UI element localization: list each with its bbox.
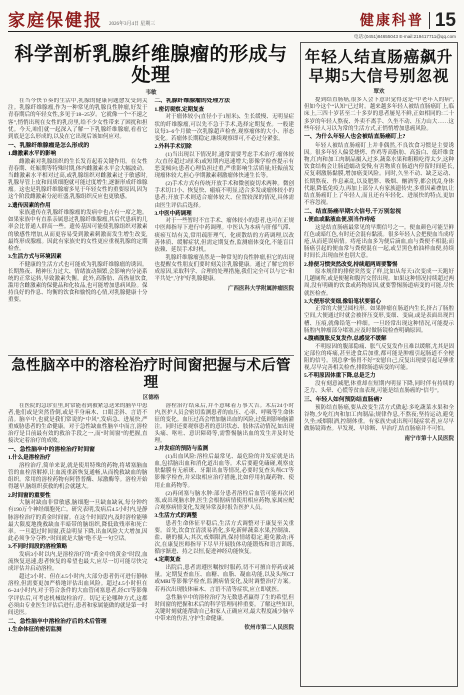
article-section-heading: 二、急性脑卒中溶栓治疗后的术后管理 — [8, 619, 148, 627]
article-section-heading: 一、乳腺纤维腺瘤是怎么形成的 — [8, 143, 148, 151]
article-byline: 区德格 — [8, 393, 294, 401]
article-paragraph: 对于瘤体较小(直径小于1厘米)、生长缓慢、无明显症状的纤维腺瘤,可以先不急于手术… — [155, 114, 295, 143]
article-subheading: 4.定期复查 — [155, 557, 295, 564]
article-section-heading: 一、为什么年轻人也会被结直肠癌盯上? — [304, 134, 454, 142]
article-section-heading: 一、急性脑卒中的溶栓治疗时间窗 — [8, 447, 148, 455]
article-subheading: 1.密切观察,定期复查 — [155, 107, 295, 114]
article-paragraph: 发病3小时以内,是溶栓治疗的“黄金中的黄金”时段,血流恢复迅速,患者恢复的希望也… — [8, 552, 148, 573]
article-paragraph: 急性脑卒中的溶栓治疗为无数患者赢得了生的希望,但时间窗的把握和术后的科学管理同样… — [155, 595, 295, 624]
article-title: 急性脑卒中的溶栓治疗时间窗把握与术后管理 — [8, 358, 294, 391]
article-paragraph: 原本规律的排便突然变了样,比如从每天1次变成一天跑好几趟厕所,或是便秘和腹泻交替… — [304, 269, 454, 298]
article-paragraph: 没有刻意减肥,体重却在短期内明显下降,同时伴有持续的乏力、头晕、心慌等贫血表现,… — [304, 381, 454, 395]
section-title: 健康科普 — [360, 15, 424, 29]
article-subheading: 2.外科手术切除 — [155, 144, 295, 151]
article-subheading: 1.雌激素水平的影响 — [8, 151, 148, 158]
article-paragraph: 乳腺纤维腺瘤虽然是一种常见的良性肿瘤,但它的出现也提醒女性朋友们要时刻关注乳腺健… — [155, 255, 295, 284]
article-paragraph: 超过3小时、但在4.5小时内,大部分患者仍可进行静脉溶栓,但需要更加严格地评估出… — [8, 574, 148, 617]
article-paragraph: 预防结直肠癌,要从改变生活方式做起:多吃蔬菜水果和全谷物,少吃红肉和加工肉制品;… — [304, 405, 454, 434]
article-paragraph: 溶栓治疗结束后,并不意味着万事大吉。术后24小时内,医护人员会密切监测患者的血压… — [155, 403, 295, 446]
article-body: 提到结直肠癌,很多人会下意识觉得这是“中老年人的病”,但如今这个“认知”已过时。… — [304, 97, 454, 677]
article-colorectal-cancer-box: 年轻人结直肠癌飙升 早期5大信号别忽视 覃欢 提到结直肠癌,很多人会下意识觉得这… — [300, 42, 458, 687]
article-paragraph: 在医院的急诊室里,时常能看到被紧急送来的脑卒中患者,他们或是突然昏倒,或是半身麻… — [8, 403, 148, 446]
article-paragraph: 家族遗传在乳腺纤维腺瘤的发病中也占有一席之地。如果家族中有直系亲属患过乳腺纤维腺… — [8, 210, 148, 253]
article-subheading: 3.不同时间段的溶栓策略 — [8, 544, 148, 551]
article-subheading: 3.大便形状变细,像铅笔状要留心 — [304, 299, 454, 306]
article-section-heading: 二、乳腺纤维腺瘤的处理方法 — [155, 98, 295, 106]
article-paragraph: 年轻人被结直肠癌盯上并非偶然,不良饮食习惯是主要诱因。很多年轻人偏爱烧烤、炸鸡等… — [304, 143, 454, 207]
article-paragraph: 在当今快节奏的生活中,乳腺的健康问题愈发受到关注。乳腺纤维腺瘤,作为一种常见的乳… — [8, 98, 148, 141]
article-paragraph: 对于一些暂时不宜手术、瘤体较小的患者,也可在正规中医师指导下进行中药调理。中医认… — [155, 218, 295, 254]
article-byline: 覃欢 — [304, 87, 454, 95]
article-paragraph: 大脑对缺血非常敏感,脑细胞一旦缺血缺氧,每分钟约有190万个神经细胞死亡。研究表… — [8, 500, 148, 543]
article-attribution: 南宁市第十人民医院 — [304, 436, 454, 443]
header-rule — [8, 31, 456, 32]
article-divider — [8, 355, 294, 356]
article-paragraph: (2)手术方式有传统开放手术和微创旋切术两种。微创手术切口小、恢复快、瘢痕不明显… — [155, 181, 295, 210]
article-stroke-thrombolysis: 急性脑卒中的溶栓治疗时间窗把握与术后管理 区德格 在医院的急诊室里,时常能看到被… — [8, 358, 294, 694]
article-paragraph: (2)再闭塞与脑水肿:部分患者溶栓后血管可能再次闭塞,或出现脑水肿,医生会根据病… — [155, 491, 295, 512]
article-body: 在医院的急诊室里,时常能看到被紧急送来的脑卒中患者,他们或是突然昏倒,或是半身麻… — [8, 403, 294, 695]
article-paragraph: 不健康的生活方式也可能成为乳腺纤维腺瘤的诱因。长期熬夜、精神压力过大、情绪波动频… — [8, 262, 148, 305]
issue-date: 2026年3月4日 星期三 — [109, 20, 155, 29]
article-paragraph: 正常的大便呈圆柱形。如果肿瘤在肠道内生长,挤占了肠腔空间,大便通过时就会被挤压变… — [304, 306, 454, 335]
article-subheading: 2.遗传因素的作用 — [8, 203, 148, 210]
article-subheading: 1.什么是溶栓治疗 — [8, 455, 148, 462]
article-paragraph: 提到结直肠癌,很多人会下意识觉得这是“中老年人的病”,但如今这个“认知”已过时。… — [304, 97, 454, 133]
article-section-heading: 三、年轻人如何预防结直肠癌? — [304, 397, 454, 405]
article-paragraph: 溶栓治疗,简单来说,就是使用特殊的药物,将堵塞脑血管的血栓溶解掉,让血流重新恢复… — [8, 463, 148, 492]
contact-line: 电话:(0451)84655043 E-mail:219417711@qq.co… — [8, 34, 456, 40]
page-number: 15 — [435, 12, 456, 29]
article-title: 科学剖析乳腺纤维腺瘤的形成与处理 — [8, 44, 294, 88]
article-subheading: 1.便血或黏液血便,别当作痔疮 — [304, 217, 454, 224]
article-breast-fibroadenoma: 科学剖析乳腺纤维腺瘤的形成与处理 韦敏 在当今快节奏的生活中,乳腺的健康问题愈发… — [8, 44, 294, 352]
page-body: 科学剖析乳腺纤维腺瘤的形成与处理 韦敏 在当今快节奏的生活中,乳腺的健康问题愈发… — [8, 42, 456, 695]
article-paragraph: 不明原因的腹部隐痛、胀气反复发作且难以缓解,尤其是固定部位的疼痛,甚至进食后加重… — [304, 344, 454, 373]
article-section-heading: 二、结直肠癌早期5大信号,千万别忽视 — [304, 209, 454, 217]
page-header: 家庭保健报 2026年3月4日 星期三 健康科普 15 — [8, 7, 456, 29]
page-number-block: 15 — [429, 12, 456, 29]
newspaper-page: 家庭保健报 2026年3月4日 星期三 健康科普 15 电话:(0451)846… — [0, 0, 464, 695]
left-column: 科学剖析乳腺纤维腺瘤的形成与处理 韦敏 在当今快节奏的生活中,乳腺的健康问题愈发… — [8, 42, 294, 695]
article-subheading: 3.中医中药调理 — [155, 211, 295, 218]
article-attribution: 钦州市第二人民医院 — [155, 625, 295, 632]
article-subheading: 4.腹痛腹胀反复发作,总感觉不缓解 — [304, 336, 454, 343]
article-paragraph: 雌激素对乳腺组织的生长发育起着关键作用。在女性青春期、妊娠期等特殊时期,体内雌激… — [8, 159, 148, 202]
article-title-line1: 年轻人结直肠癌飙升 — [304, 49, 454, 67]
article-body: 在当今快节奏的生活中,乳腺的健康问题愈发受到关注。乳腺纤维腺瘤,作为一种常见的乳… — [8, 98, 294, 351]
article-paragraph: 这是结直肠癌最常见的早期信号之一。便血颜色可能呈鲜红色或暗红色,有时还会混有黏液… — [304, 225, 454, 261]
article-attribution: 广西医科大学附属肿瘤医院 — [155, 286, 295, 293]
article-subheading: 5.不明原因体重下降,总是乏力 — [304, 373, 454, 380]
masthead-title: 家庭保健报 — [8, 12, 103, 29]
article-subheading: 2.并发症的预防与监测 — [155, 446, 295, 453]
article-subheading: 3.生活方式的调整 — [155, 513, 295, 520]
article-paragraph: (1)出血风险:溶栓后最常见、最危险的并发症就是出血,包括脑出血和消化道出血等。… — [155, 454, 295, 490]
article-title-line2: 早期5大信号别忽视 — [304, 68, 454, 86]
article-paragraph: 患者生命体征平稳后,生活方式调整对于康复至关重要。首先,饮食宜清淡易消化,多吃新… — [155, 521, 295, 557]
article-byline: 韦敏 — [8, 88, 294, 96]
article-paragraph: 出院后,患者需遵医嘱按时服药,切不可擅自停药或减量。定期复查血压、血糖、血脂、凝… — [155, 565, 295, 594]
article-subheading: 2.时间窗的重要性 — [8, 493, 148, 500]
article-subheading: 2.排便习惯突然改变,持续超两周要警惕 — [304, 262, 454, 269]
article-subheading: 1.生命体征的密切监测 — [8, 627, 148, 634]
article-paragraph: (1)当出现以下情况时,通常需要考虑手术治疗:瘤体较大(直径超过3厘米)或短期内… — [155, 152, 295, 181]
article-subheading: 3.生活方式与环境因素 — [8, 254, 148, 261]
